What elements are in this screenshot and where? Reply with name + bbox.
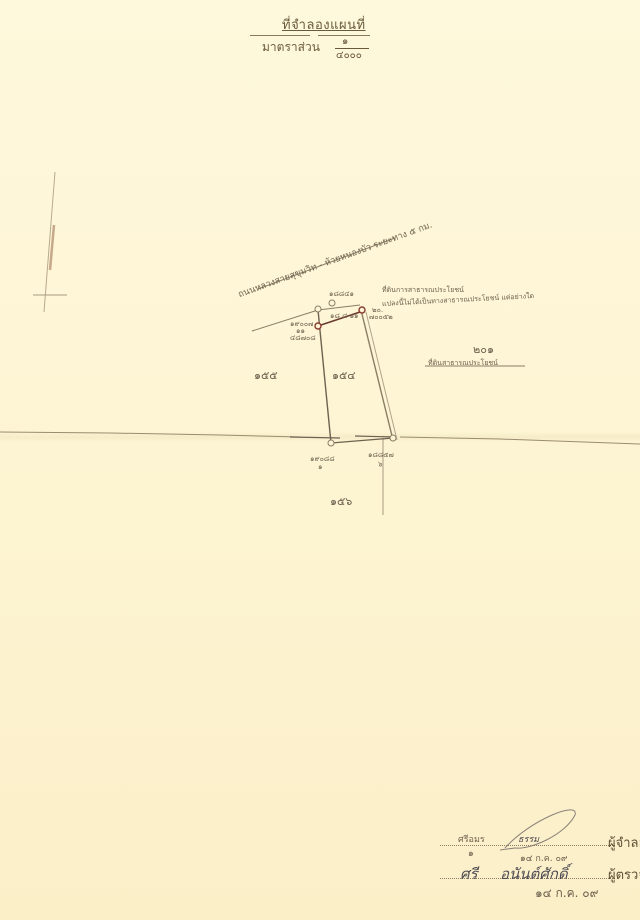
inspector-name: ศรี xyxy=(460,862,478,886)
boundary-marker-bottom-left xyxy=(328,440,334,446)
surveyor-role: ผู้จำลอง xyxy=(608,832,640,853)
parcel-number-right: ๒๐๑ xyxy=(473,340,494,358)
parcel-east-edge-shadow xyxy=(366,312,397,440)
inspector-role: ผู้ตรวจ xyxy=(608,864,640,885)
surveyor-sub: ๑ xyxy=(468,846,474,860)
boundary-line-east xyxy=(400,437,640,444)
parcel-west-edge xyxy=(318,310,331,443)
neighbor-note-values: ๗๐๐๕๒ xyxy=(369,312,393,323)
surveyor-signature: ธรรม xyxy=(518,832,539,846)
boundary-line-mid xyxy=(290,437,340,438)
boundary-marker-bottom-right xyxy=(390,435,396,441)
parcel-south-edge xyxy=(331,438,393,443)
boundary-marker-red-left xyxy=(315,323,321,329)
boundary-line-mid-east xyxy=(355,436,395,437)
road-frontage-line xyxy=(318,305,360,310)
marker-label-top-left-sub: ๔๘๗๐๘ xyxy=(290,333,316,344)
parcel-frontage-label: ๑๘ ๔ ๑๑ xyxy=(330,311,358,322)
marker-label-top: ๑๘๘๔๑ xyxy=(329,289,354,300)
marker-label-bottom-left-sub: ๑ xyxy=(318,462,322,473)
parcel-number-left: ๑๕๕ xyxy=(254,366,278,384)
boundary-marker-top xyxy=(329,300,335,306)
parcel-number-bottom: ๑๕๖ xyxy=(330,492,352,510)
boundary-marker-red-right xyxy=(359,307,365,313)
boundary-marker-top-left xyxy=(315,306,321,312)
signature-flourish xyxy=(505,810,575,848)
parcel-number-center: ๑๕๔ xyxy=(332,366,356,384)
parcel-east-edge xyxy=(361,310,393,440)
inspector-date: ๑๔ ก.ค. ๐๙ xyxy=(535,884,598,903)
boundary-line-west xyxy=(0,432,300,437)
surveyor-name: ศรีอมร xyxy=(458,832,485,846)
marker-label-bottom-right-sub: ๖ xyxy=(378,459,382,470)
inspector-signature: อนันต์ศักดิ์ xyxy=(500,862,568,886)
parcel-label-right: ที่ดินสาธารณประโยชน์ xyxy=(428,358,498,369)
